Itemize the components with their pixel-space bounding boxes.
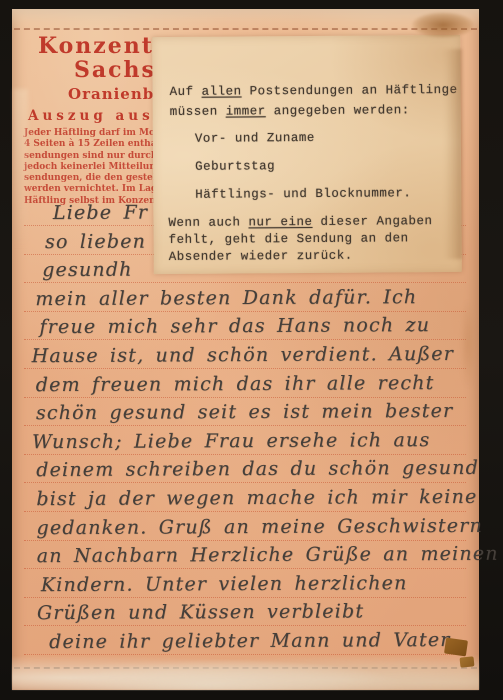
handwriting-line: Hause ist, und schön verdient. Außer bbox=[32, 343, 463, 374]
notice-required-items: Vor- und Zuname Geburtstag Häftlings- un… bbox=[195, 130, 412, 216]
notice-warning-line-2: fehlt, geht die Sendung an den bbox=[169, 230, 433, 249]
notice-item: Häftlings- und Blocknummer. bbox=[195, 186, 411, 216]
notice-heading: Auf allen Postsendungen an Häftlinge müs… bbox=[169, 80, 457, 122]
scanned-letter-page: Konzentrat Sachsenh Oranienburg Auszug a… bbox=[0, 0, 503, 700]
pasted-postal-notice-label: Auf allen Postsendungen an Häftlinge müs… bbox=[152, 35, 462, 274]
handwriting-line: mein aller besten Dank dafür. Ich bbox=[35, 286, 462, 317]
notice-warning-line-3: Absender wieder zurück. bbox=[169, 247, 433, 266]
handwriting-line: gedanken. Gruß an meine Geschwistern bbox=[36, 514, 463, 545]
handwriting-line: Grüßen und Küssen verbleibt bbox=[37, 600, 464, 631]
notice-heading-line-2: müssen immer angegeben werden: bbox=[170, 100, 458, 122]
handwriting-line: freue mich sehr das Hans noch zu bbox=[39, 314, 462, 345]
notice-warning: Wenn auch nur eine dieser Angaben fehlt,… bbox=[168, 213, 432, 266]
handwriting-line: bist ja der wegen mache ich mir keine bbox=[36, 486, 463, 517]
handwriting-line: schön gesund seit es ist mein bester bbox=[36, 400, 463, 431]
underlined-word-immer: immer bbox=[226, 104, 266, 118]
handwriting-line: dem freuen mich das ihr alle recht bbox=[36, 371, 463, 402]
handwriting-line: Kindern. Unter vielen herzlichen bbox=[41, 572, 464, 603]
underlined-phrase-nur-eine: nur eine bbox=[248, 215, 312, 229]
notice-heading-line-1: Auf allen Postsendungen an Häftlinge bbox=[169, 80, 457, 102]
handwriting-line: an Nachbarn Herzliche Grüße an meinen bbox=[37, 543, 464, 574]
notice-warning-line-1: Wenn auch nur eine dieser Angaben bbox=[168, 213, 432, 232]
underlined-word-allen: allen bbox=[202, 84, 242, 98]
handwriting-line: deine ihr geliebter Mann und Vater. bbox=[49, 629, 464, 660]
handwriting-line: Wunsch; Liebe Frau ersehe ich aus bbox=[32, 429, 463, 460]
handwriting-line: deinem schreiben das du schön gesund bbox=[36, 457, 463, 488]
notice-item: Vor- und Zuname bbox=[195, 130, 411, 160]
notice-item: Geburtstag bbox=[195, 158, 411, 188]
letter-paper: Konzentrat Sachsenh Oranienburg Auszug a… bbox=[12, 9, 479, 690]
